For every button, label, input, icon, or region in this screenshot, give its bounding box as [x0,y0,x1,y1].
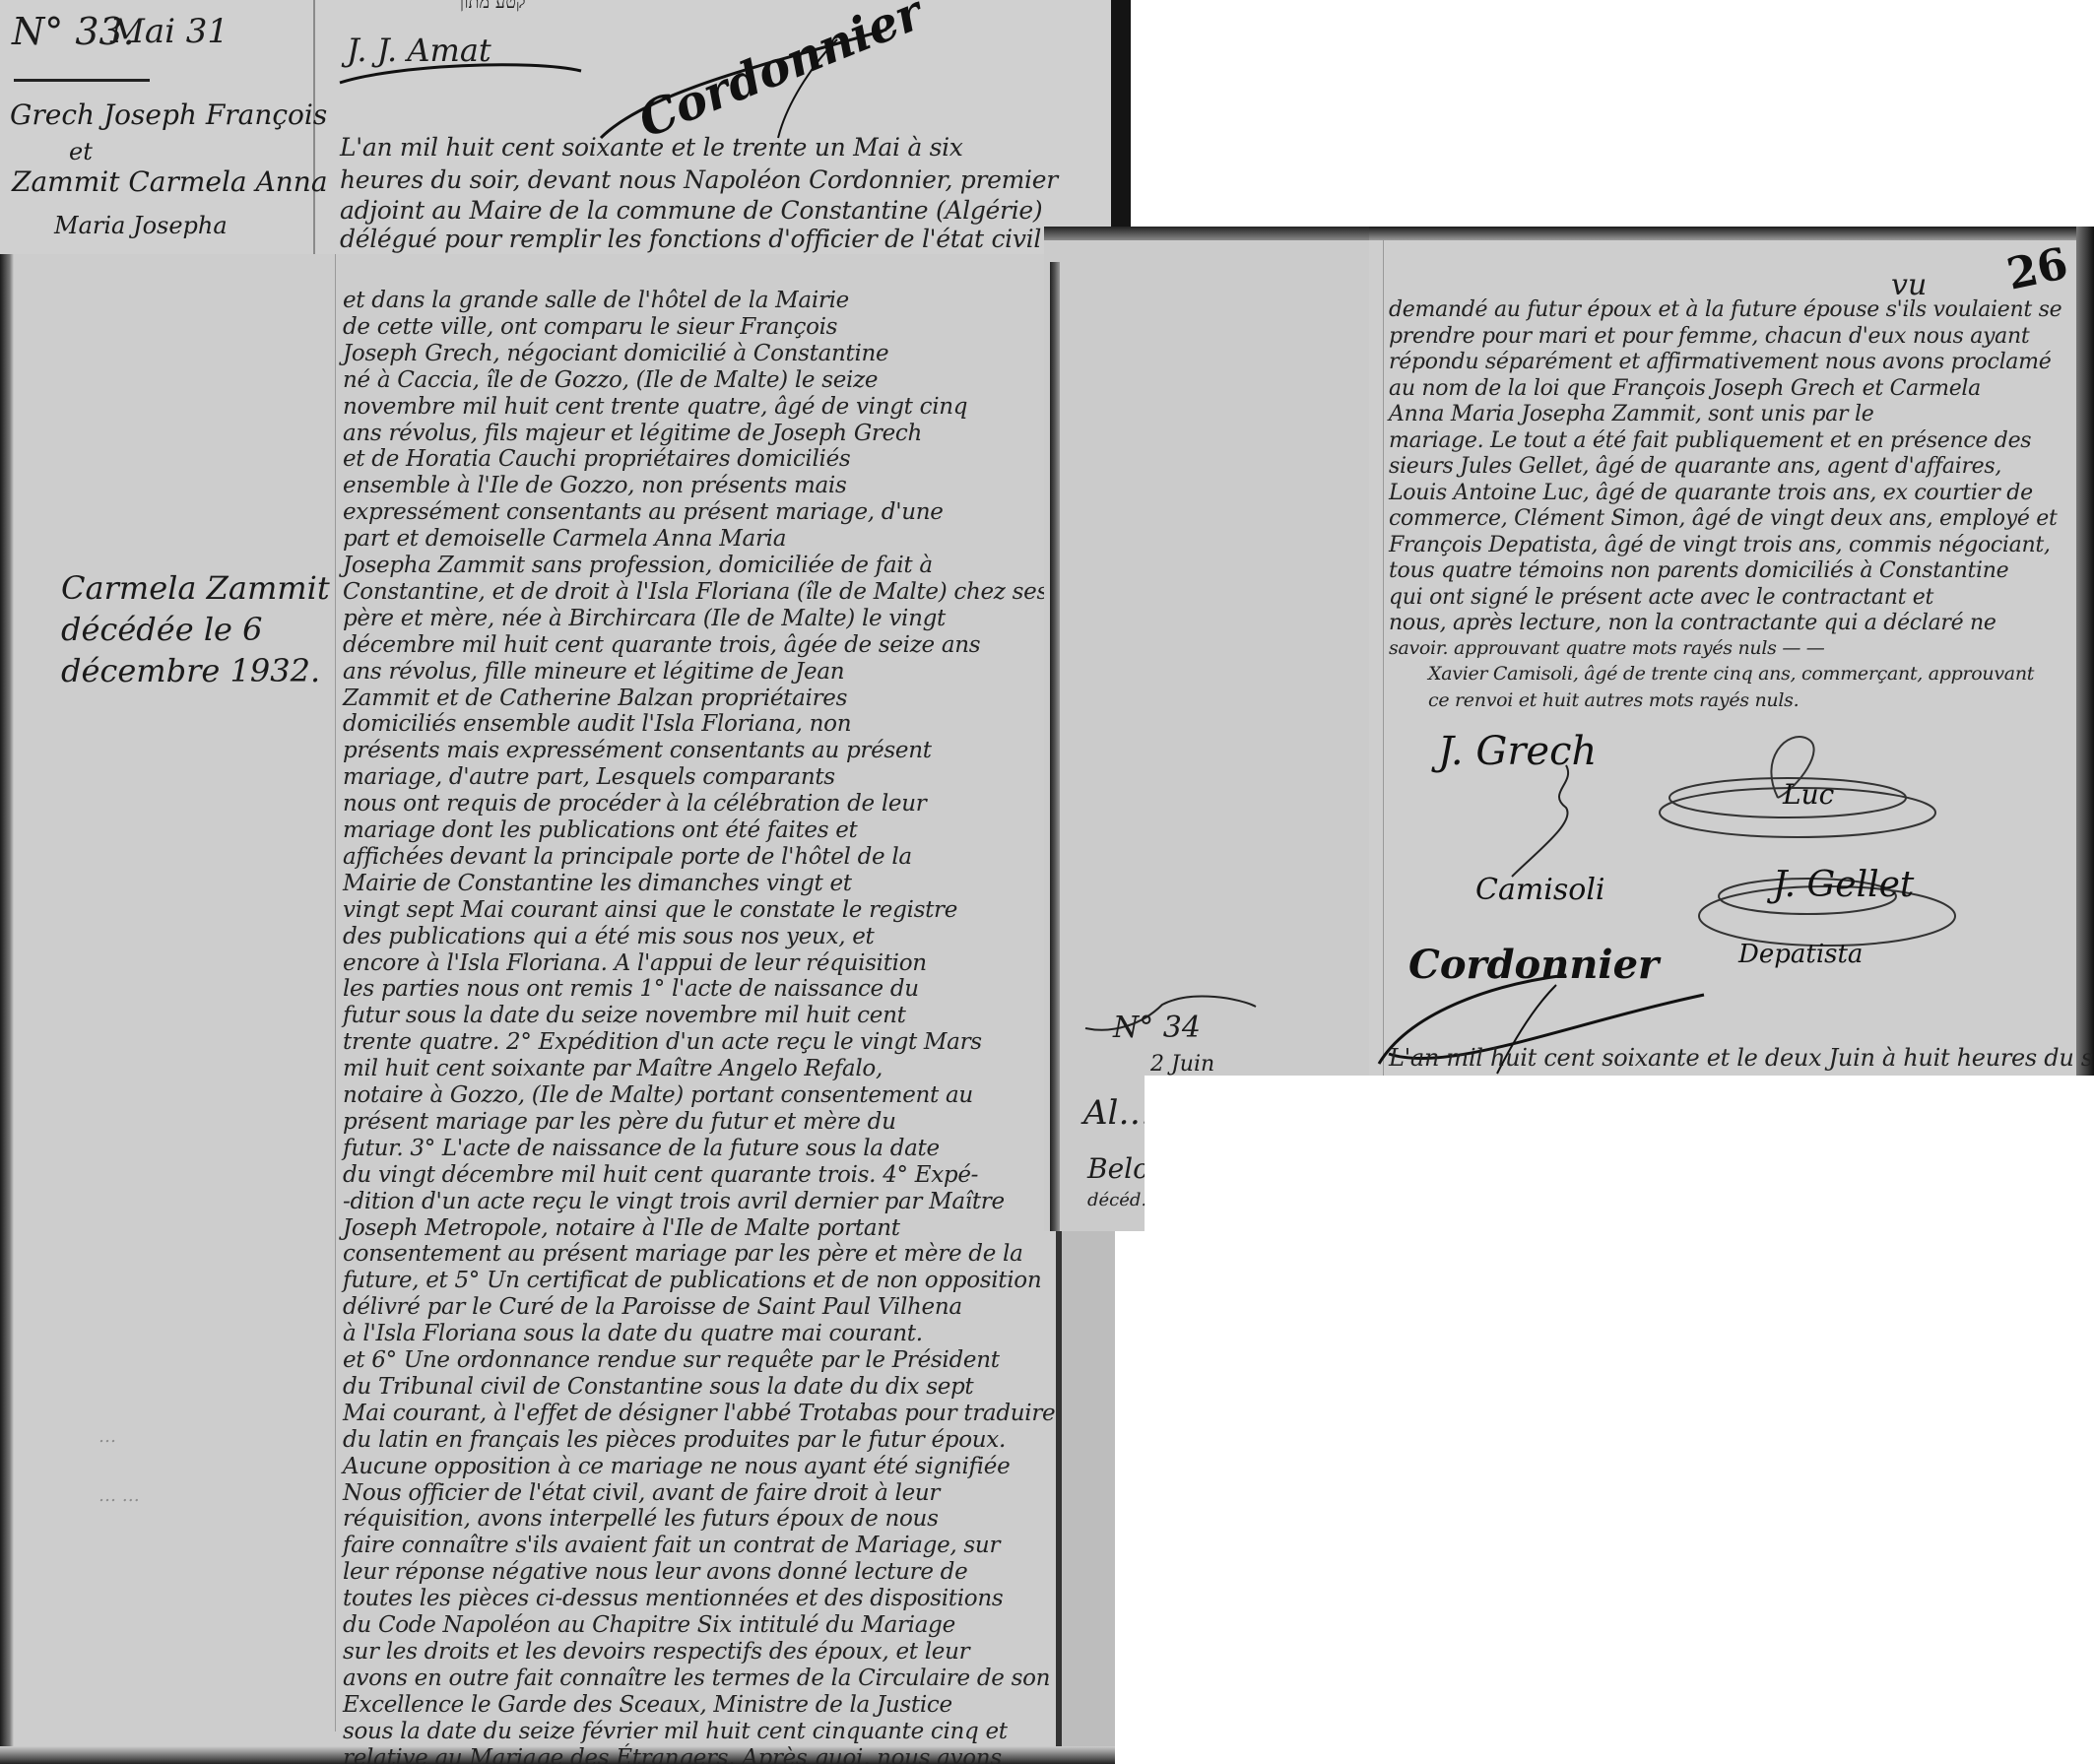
body-line: présent mariage par les père du futur et… [343,1109,896,1135]
left-page-scan: Carmela Zammit décédée le 6 décembre 193… [0,254,1115,1764]
body-line: Mairie de Constantine les dimanches ving… [343,871,852,896]
opening-line: heures du soir, devant nous Napoléon Cor… [340,165,1058,194]
body-line: mariage. Le tout a été fait publiquement… [1389,428,2031,453]
next-act-date: 2 Juin [1150,1052,1214,1076]
margin-bride-name-line1: Zammit Carmela Anna [12,165,328,198]
body-line: Zammit et de Catherine Balzan propriétai… [343,686,847,711]
body-line: et 6° Une ordonnance rendue sur requête … [343,1347,1000,1373]
body-line: à l'Isla Floriana sous la date du quatre… [343,1321,923,1346]
page-number: 26 [2002,238,2071,300]
signature-luc: Luc [1783,778,1834,811]
right-page-margin-rule [1383,240,1384,1076]
body-line: nous, après lecture, non la contractante… [1389,611,1996,635]
body-line: futur. 3° L'acte de naissance de la futu… [343,1136,940,1161]
body-line: avons en outre fait connaître les termes… [343,1666,1050,1691]
body-line: du Code Napoléon au Chapitre Six intitul… [343,1612,955,1638]
body-line: future, et 5° Un certificat de publicati… [343,1268,1041,1293]
act-date: Mai 31 [110,12,229,51]
body-line: sur les droits et les devoirs respectifs… [343,1639,969,1665]
body-line: Mai courant, à l'effet de désigner l'abb… [343,1401,1055,1426]
body-line: tous quatre témoins non parents domicili… [1389,558,2008,583]
body-line: présents mais expressément consentants a… [343,738,932,763]
body-line: Excellence le Garde des Sceaux, Ministre… [343,1692,952,1718]
right-page-right-edge [2076,227,2094,1076]
body-line: répondu séparément et affirmativement no… [1389,350,2051,374]
official-signature-top-flourish-icon [591,20,906,148]
body-line: des publications qui a été mis sous nos … [343,924,875,949]
opening-line: délégué pour remplir les fonctions d'off… [340,225,1041,253]
body-line: de cette ville, ont comparu le sieur Fra… [343,314,837,340]
body-line: réquisition, avons interpellé les futurs… [343,1506,939,1532]
body-line: part et demoiselle Carmela Anna Maria [343,526,786,552]
opening-line: L'an mil huit cent soixante et le trente… [340,133,963,162]
body-line: Louis Antoine Luc, âgé de quarante trois… [1389,481,2033,505]
body-line: domiciliés ensemble audit l'Isla Florian… [343,711,851,737]
faint-margin-mark: … … [98,1485,140,1506]
body-line: Joseph Grech, négociant domicilié à Cons… [343,341,888,366]
body-line: faire connaître s'ils avaient fait un co… [343,1533,1000,1558]
next-act-opening-line: L'an mil huit cent soixante et le deux J… [1389,1044,2094,1072]
top-strip-scan: N° 33. Mai 31 קטע מתוך J. J. Amat Cordon… [0,0,1131,254]
body-line: affichées devant la principale porte de … [343,844,912,870]
body-line: futur sous la date du seize novembre mil… [343,1003,906,1028]
body-line: sous la date du seize février mil huit c… [343,1719,1008,1744]
body-line: ans révolus, fils majeur et légitime de … [343,421,922,446]
body-line: Aucune opposition à ce mariage ne nous a… [343,1454,1010,1479]
body-line: savoir. approuvant quatre mots rayés nul… [1389,637,1824,659]
next-act-partial-name-2: Belo… [1087,1152,1145,1185]
body-line: du Tribunal civil de Constantine sous la… [343,1374,973,1400]
body-line: François Depatista, âgé de vingt trois a… [1389,533,2051,557]
body-line: notaire à Gozzo, (Ile de Malte) portant … [343,1082,973,1108]
body-line: qui ont signé le présent acte avec le co… [1389,585,1933,610]
body-line: expressément consentants au présent mari… [343,499,944,525]
left-page-binding-edge [0,254,14,1764]
body-line: délivré par le Curé de la Paroisse de Sa… [343,1294,962,1320]
body-line: Anna Maria Josepha Zammit, sont unis par… [1389,402,1873,426]
middle-strip-fold-edge-lower [1050,1074,1060,1231]
body-line: au nom de la loi que François Joseph Gre… [1389,376,1981,401]
body-line: père et mère, née à Birchircara (Ile de … [343,606,946,631]
faint-margin-mark: … [98,1426,116,1447]
middle-strip-lower-scan: Al… Belo… décéd… [1044,1074,1145,1231]
recorded-by-flourish-icon [335,59,591,89]
body-line: mariage, d'autre part, Lesquels comparan… [343,764,835,790]
middle-strip-fold-edge [1050,262,1060,1076]
body-line: ensemble à l'Ile de Gozzo, non présents … [343,473,846,498]
left-page-margin-rule [335,254,336,1731]
body-line: Xavier Camisoli, âgé de trente cinq ans,… [1428,663,2034,685]
body-line: Josepha Zammit sans profession, domicili… [343,553,933,578]
middle-strip-scan: N° 34 2 Juin [1044,227,1379,1076]
body-line: leur réponse négative nous leur avons do… [343,1559,967,1585]
body-line: nous ont requis de procéder à la célébra… [343,791,926,817]
margin-note-line1: Carmela Zammit [61,569,330,607]
body-line: consentement au présent mariage par les … [343,1241,1022,1267]
body-line: commerce, Clément Simon, âgé de vingt de… [1389,506,2058,531]
body-line: du vingt décembre mil huit cent quarante… [343,1162,978,1188]
body-line: ans révolus, fille mineure et légitime d… [343,659,844,685]
body-line: décembre mil huit cent quarante trois, â… [343,632,980,658]
signature-groom-flourish-icon [1507,763,1586,882]
body-line: et dans la grande salle de l'hôtel de la… [343,288,849,313]
margin-note-line3: décembre 1932. [61,652,320,689]
body-line: ce renvoi et huit autres mots rayés nuls… [1428,689,1799,711]
body-line: novembre mil huit cent trente quatre, âg… [343,394,967,420]
body-line: né à Caccia, île de Gozzo, (Ile de Malte… [343,367,878,393]
middle-strip-top-edge [1044,227,1379,240]
margin-conjunction: et [69,138,93,165]
signature-gellet: J. Gellet [1773,865,1914,905]
body-line: mariage dont les publications ont été fa… [343,817,857,843]
margin-note-line2: décédée le 6 [61,611,263,648]
next-act-partial-name-1: Al… [1083,1093,1145,1133]
body-line: vingt sept Mai courant ainsi que le cons… [343,897,957,923]
body-line: mil huit cent soixante par Maître Angelo… [343,1056,883,1081]
header-mark: קטע מתוך [455,0,526,13]
next-act-number: N° 34 [1113,1011,1201,1045]
right-page-scan: 26 vu demandé au futur époux et à la fut… [1369,227,2094,1076]
header-underline [14,79,150,82]
body-line: demandé au futur époux et à la future ép… [1389,297,2061,322]
next-act-partial-note: décéd… [1087,1190,1145,1210]
opening-line: adjoint au Maire de la commune de Consta… [340,196,1042,225]
top-strip-right-edge [1111,0,1131,254]
body-line: encore à l'Isla Floriana. A l'appui de l… [343,950,927,976]
body-line: prendre pour mari et pour femme, chacun … [1389,324,2029,349]
margin-bride-name-line2: Maria Josepha [54,212,228,239]
body-line: Joseph Metropole, notaire à l'Ile de Mal… [343,1215,900,1241]
body-line: relative au Mariage des Étrangers. Après… [343,1745,1002,1764]
body-line: du latin en français les pièces produite… [343,1427,1006,1453]
body-line: les parties nous ont remis 1° l'acte de … [343,976,919,1002]
body-line: trente quatre. 2° Expédition d'un acte r… [343,1029,982,1055]
body-line: Nous officier de l'état civil, avant de … [343,1480,940,1506]
body-line: et de Horatia Cauchi propriétaires domic… [343,446,850,472]
right-page-top-edge [1369,227,2094,240]
body-line: sieurs Jules Gellet, âgé de quarante ans… [1389,454,2001,479]
body-line: toutes les pièces ci-dessus mentionnées … [343,1586,1003,1611]
margin-groom-name: Grech Joseph François [10,98,327,131]
body-line: -dition d'un acte reçu le vingt trois av… [343,1189,1005,1214]
signature-camisoli: Camisoli [1475,873,1605,907]
signature-depatista: Depatista [1738,940,1863,969]
body-line: Constantine, et de droit à l'Isla Floria… [343,579,1048,605]
